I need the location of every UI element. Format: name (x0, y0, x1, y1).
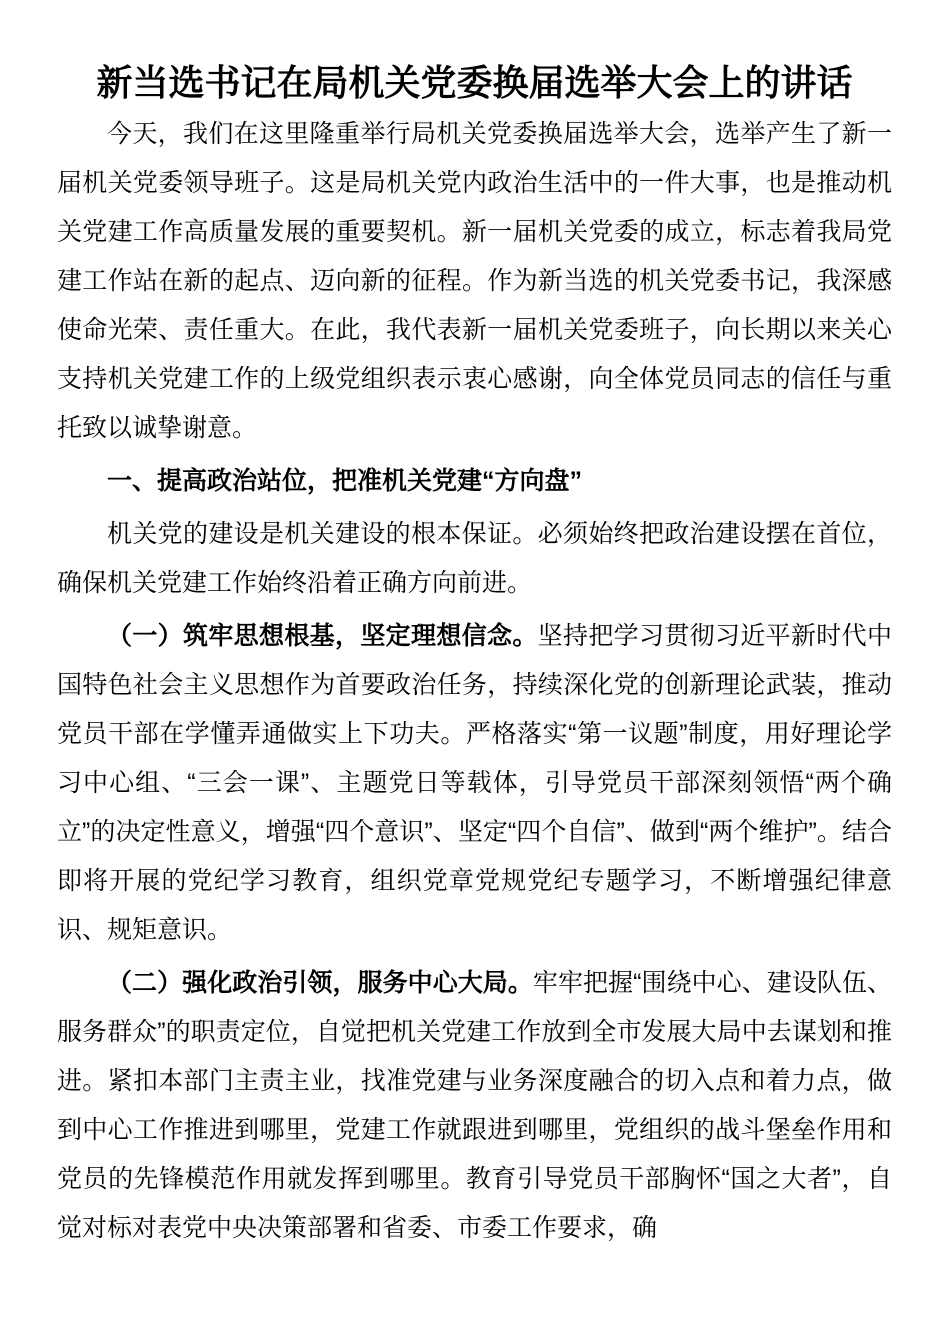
sub1-text: 坚持把学习贯彻习近平新时代中国特色社会主义思想作为首要政治任务，持续深化党的创新… (57, 622, 892, 944)
paragraph-sub2: （二）强化政治引领，服务中心大局。牢牢把握“围绕中心、建设队伍、服务群众”的职责… (57, 959, 892, 1253)
document-title: 新当选书记在局机关党委换届选举大会上的讲话 (57, 56, 892, 110)
section-1-heading: 一、提高政治站位，把准机关党建“方向盘” (57, 457, 892, 506)
sub2-lead: （二）强化政治引领，服务中心大局。 (107, 969, 533, 997)
section-1-intro: 机关党的建设是机关建设的根本保证。必须始终把政治建设摆在首位，确保机关党建工作始… (57, 510, 892, 608)
paragraph-intro: 今天，我们在这里隆重举行局机关党委换届选举大会，选举产生了新一届机关党委领导班子… (57, 110, 892, 453)
document-page: 新当选书记在局机关党委换届选举大会上的讲话 今天，我们在这里隆重举行局机关党委换… (0, 0, 950, 1344)
sub1-lead: （一）筑牢思想根基，坚定理想信念。 (107, 622, 538, 650)
sub2-text: 牢牢把握“围绕中心、建设队伍、服务群众”的职责定位，自觉把机关党建工作放到全市发… (57, 969, 892, 1242)
paragraph-sub1: （一）筑牢思想根基，坚定理想信念。坚持把学习贯彻习近平新时代中国特色社会主义思想… (57, 612, 892, 955)
